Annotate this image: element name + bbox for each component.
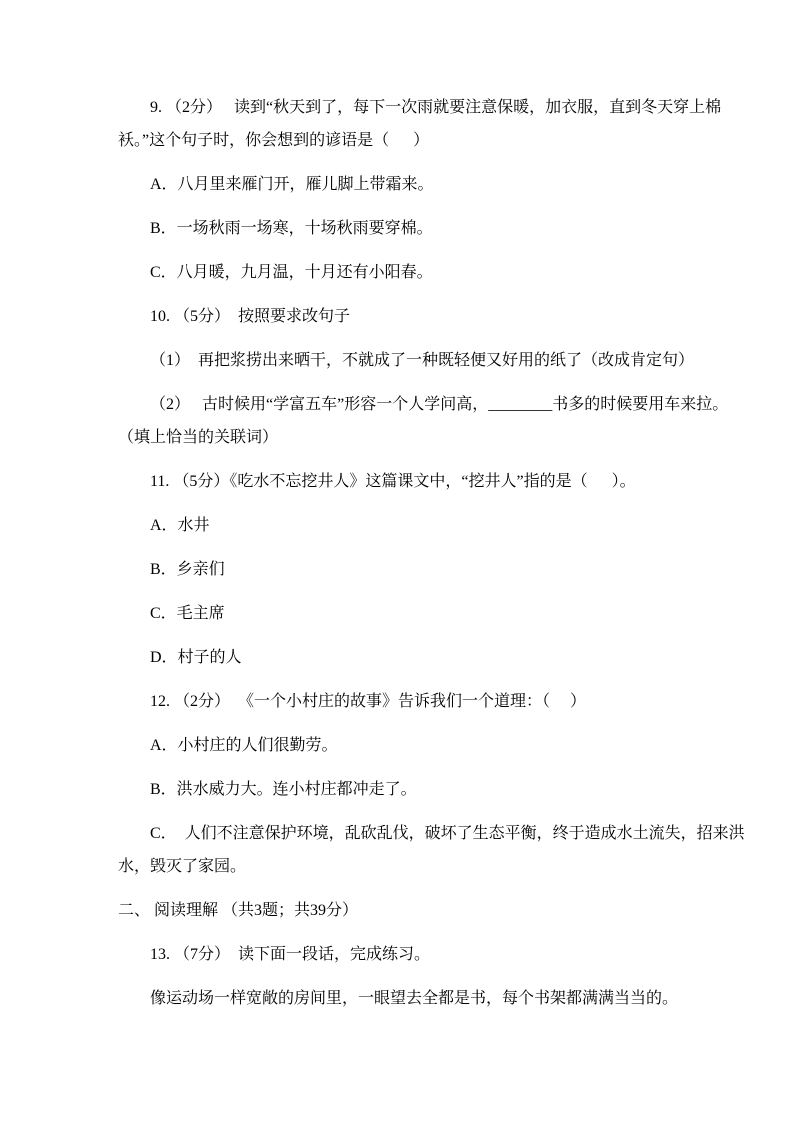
question-11-option-b: B．乡亲们	[118, 553, 684, 586]
question-12-option-a-text: A．小村庄的人们很勤劳。	[118, 729, 684, 762]
question-13-text: 13. （7分） 读下面一段话，完成练习。	[118, 938, 684, 971]
question-11: 11. （5分）《吃水不忘挖井人》这篇课文中，“挖井人”指的是（ ）。	[118, 465, 684, 498]
question-11-option-a: A．水井	[118, 509, 684, 542]
question-9-option-a: A．八月里来雁门开，雁儿脚上带霜来。	[118, 168, 684, 201]
question-9-line-1: 9. （2分） 读到“秋天到了，每下一次雨就要注意保暖，加衣服，直到冬天穿上棉	[118, 91, 684, 124]
question-11-option-d: D．村子的人	[118, 641, 684, 674]
question-10-sub-1-text: （1） 再把浆捞出来晒干，不就成了一种既轻便又好用的纸了（改成肯定句）	[118, 344, 684, 377]
question-13-passage: 像运动场一样宽敞的房间里，一眼望去全都是书，每个书架都满满当当的。	[118, 982, 684, 1015]
question-10: 10. （5分） 按照要求改句子	[118, 300, 684, 333]
question-10-sub-2: （2） 古时候用“学富五车”形容一个人学问高，________书多的时候要用车来…	[118, 388, 684, 454]
question-10-sub-2-line-2: （填上恰当的关联词）	[118, 421, 684, 454]
question-9-option-c: C．八月暖，九月温，十月还有小阳春。	[118, 256, 684, 289]
question-12-option-c-line-1: C． 人们不注意保护环境，乱砍乱伐，破坏了生态平衡，终于造成水土流失，招来洪	[118, 817, 684, 850]
question-13-passage-text: 像运动场一样宽敞的房间里，一眼望去全都是书，每个书架都满满当当的。	[118, 982, 684, 1015]
question-11-text: 11. （5分）《吃水不忘挖井人》这篇课文中，“挖井人”指的是（ ）。	[118, 465, 684, 498]
question-10-sub-2-line-1: （2） 古时候用“学富五车”形容一个人学问高，________书多的时候要用车来…	[118, 388, 684, 421]
question-9-line-2: 袄。”这个句子时，你会想到的谚语是（ ）	[118, 124, 684, 157]
question-11-option-c-text: C．毛主席	[118, 597, 684, 630]
document-page: 9. （2分） 读到“秋天到了，每下一次雨就要注意保暖，加衣服，直到冬天穿上棉 …	[0, 0, 794, 1123]
question-12: 12. （2分） 《一个小村庄的故事》告诉我们一个道理：（ ）	[118, 685, 684, 718]
question-12-text: 12. （2分） 《一个小村庄的故事》告诉我们一个道理：（ ）	[118, 685, 684, 718]
question-12-option-b-text: B．洪水威力大。连小村庄都冲走了。	[118, 773, 684, 806]
question-10-text: 10. （5分） 按照要求改句子	[118, 300, 684, 333]
question-9: 9. （2分） 读到“秋天到了，每下一次雨就要注意保暖，加衣服，直到冬天穿上棉 …	[118, 91, 684, 157]
question-10-sub-1: （1） 再把浆捞出来晒干，不就成了一种既轻便又好用的纸了（改成肯定句）	[118, 344, 684, 377]
question-13: 13. （7分） 读下面一段话，完成练习。	[118, 938, 684, 971]
section-reading-header: 二、 阅读理解 （共3题；共39分）	[118, 894, 684, 927]
question-9-option-b: B．一场秋雨一场寒，十场秋雨要穿棉。	[118, 212, 684, 245]
question-12-option-b: B．洪水威力大。连小村庄都冲走了。	[118, 773, 684, 806]
question-12-option-a: A．小村庄的人们很勤劳。	[118, 729, 684, 762]
question-9-option-a-text: A．八月里来雁门开，雁儿脚上带霜来。	[118, 168, 684, 201]
question-11-option-c: C．毛主席	[118, 597, 684, 630]
question-12-option-c: C． 人们不注意保护环境，乱砍乱伐，破坏了生态平衡，终于造成水土流失，招来洪 水…	[118, 817, 684, 883]
section-reading-header-text: 二、 阅读理解 （共3题；共39分）	[118, 894, 684, 927]
question-12-option-c-line-2: 水，毁灭了家园。	[118, 850, 684, 883]
question-9-option-b-text: B．一场秋雨一场寒，十场秋雨要穿棉。	[118, 212, 684, 245]
question-11-option-b-text: B．乡亲们	[118, 553, 684, 586]
question-9-option-c-text: C．八月暖，九月温，十月还有小阳春。	[118, 256, 684, 289]
question-11-option-d-text: D．村子的人	[118, 641, 684, 674]
question-11-option-a-text: A．水井	[118, 509, 684, 542]
